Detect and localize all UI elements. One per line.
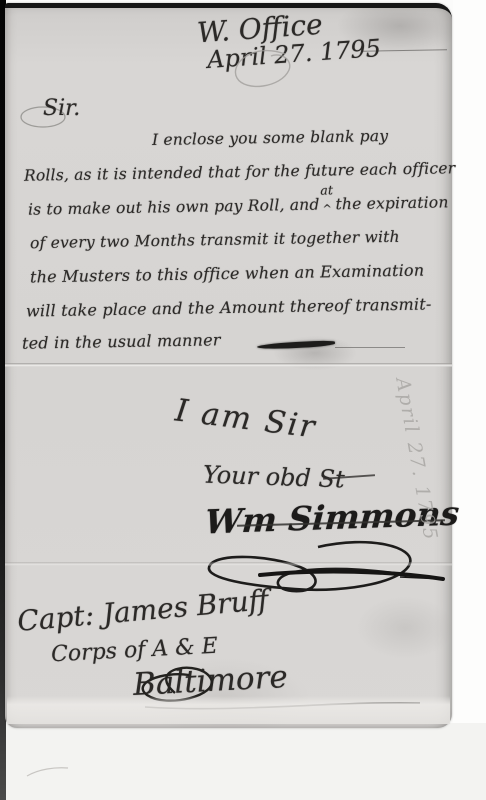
body-line-4: of every two Months transmit it together…: [30, 228, 400, 252]
fold-crease-upper: [5, 363, 452, 367]
closing-line-1: I am Sir: [173, 392, 318, 445]
body-line-1: I enclose you some blank pay: [152, 127, 389, 149]
fold-crease-lower: [5, 562, 452, 566]
scan-background-bottom: [0, 723, 486, 800]
scan-background-right: [453, 0, 486, 800]
body-line-3-post: the expiration: [335, 193, 448, 213]
scanned-letter-page: { "palette":{ "background":"#fbfbfa", "p…: [0, 0, 486, 800]
pencil-mark-below-paper: [25, 765, 70, 779]
closing-dash-stroke: [257, 340, 335, 350]
letter-paper: W. Office April 27. 1795 Sir. I enclose …: [5, 3, 452, 728]
pencil-flourish: [223, 46, 303, 94]
body-line-3-pre: is to make out his own pay Roll, and: [28, 196, 320, 219]
body-line-2: Rolls, as it is intended that for the fu…: [24, 159, 456, 185]
insertion-caret: ^: [322, 202, 332, 215]
inserted-word: at^: [319, 195, 335, 209]
body-line-7: ted in the usual manner: [22, 330, 221, 352]
closing-dash-tail: [335, 347, 405, 348]
salutation: Sir.: [43, 96, 80, 121]
address-line-1: Capt: James Bruff: [16, 583, 270, 638]
inserted-word-text: at: [320, 182, 333, 197]
body-line-3: is to make out his own pay Roll, andat^t…: [28, 193, 449, 218]
bottom-fold-band: [7, 696, 450, 724]
heading-trailing-line: [363, 49, 447, 51]
body-line-5: the Musters to this office when an Exami…: [30, 261, 425, 287]
body-line-6: will take place and the Amount thereof t…: [26, 294, 432, 320]
